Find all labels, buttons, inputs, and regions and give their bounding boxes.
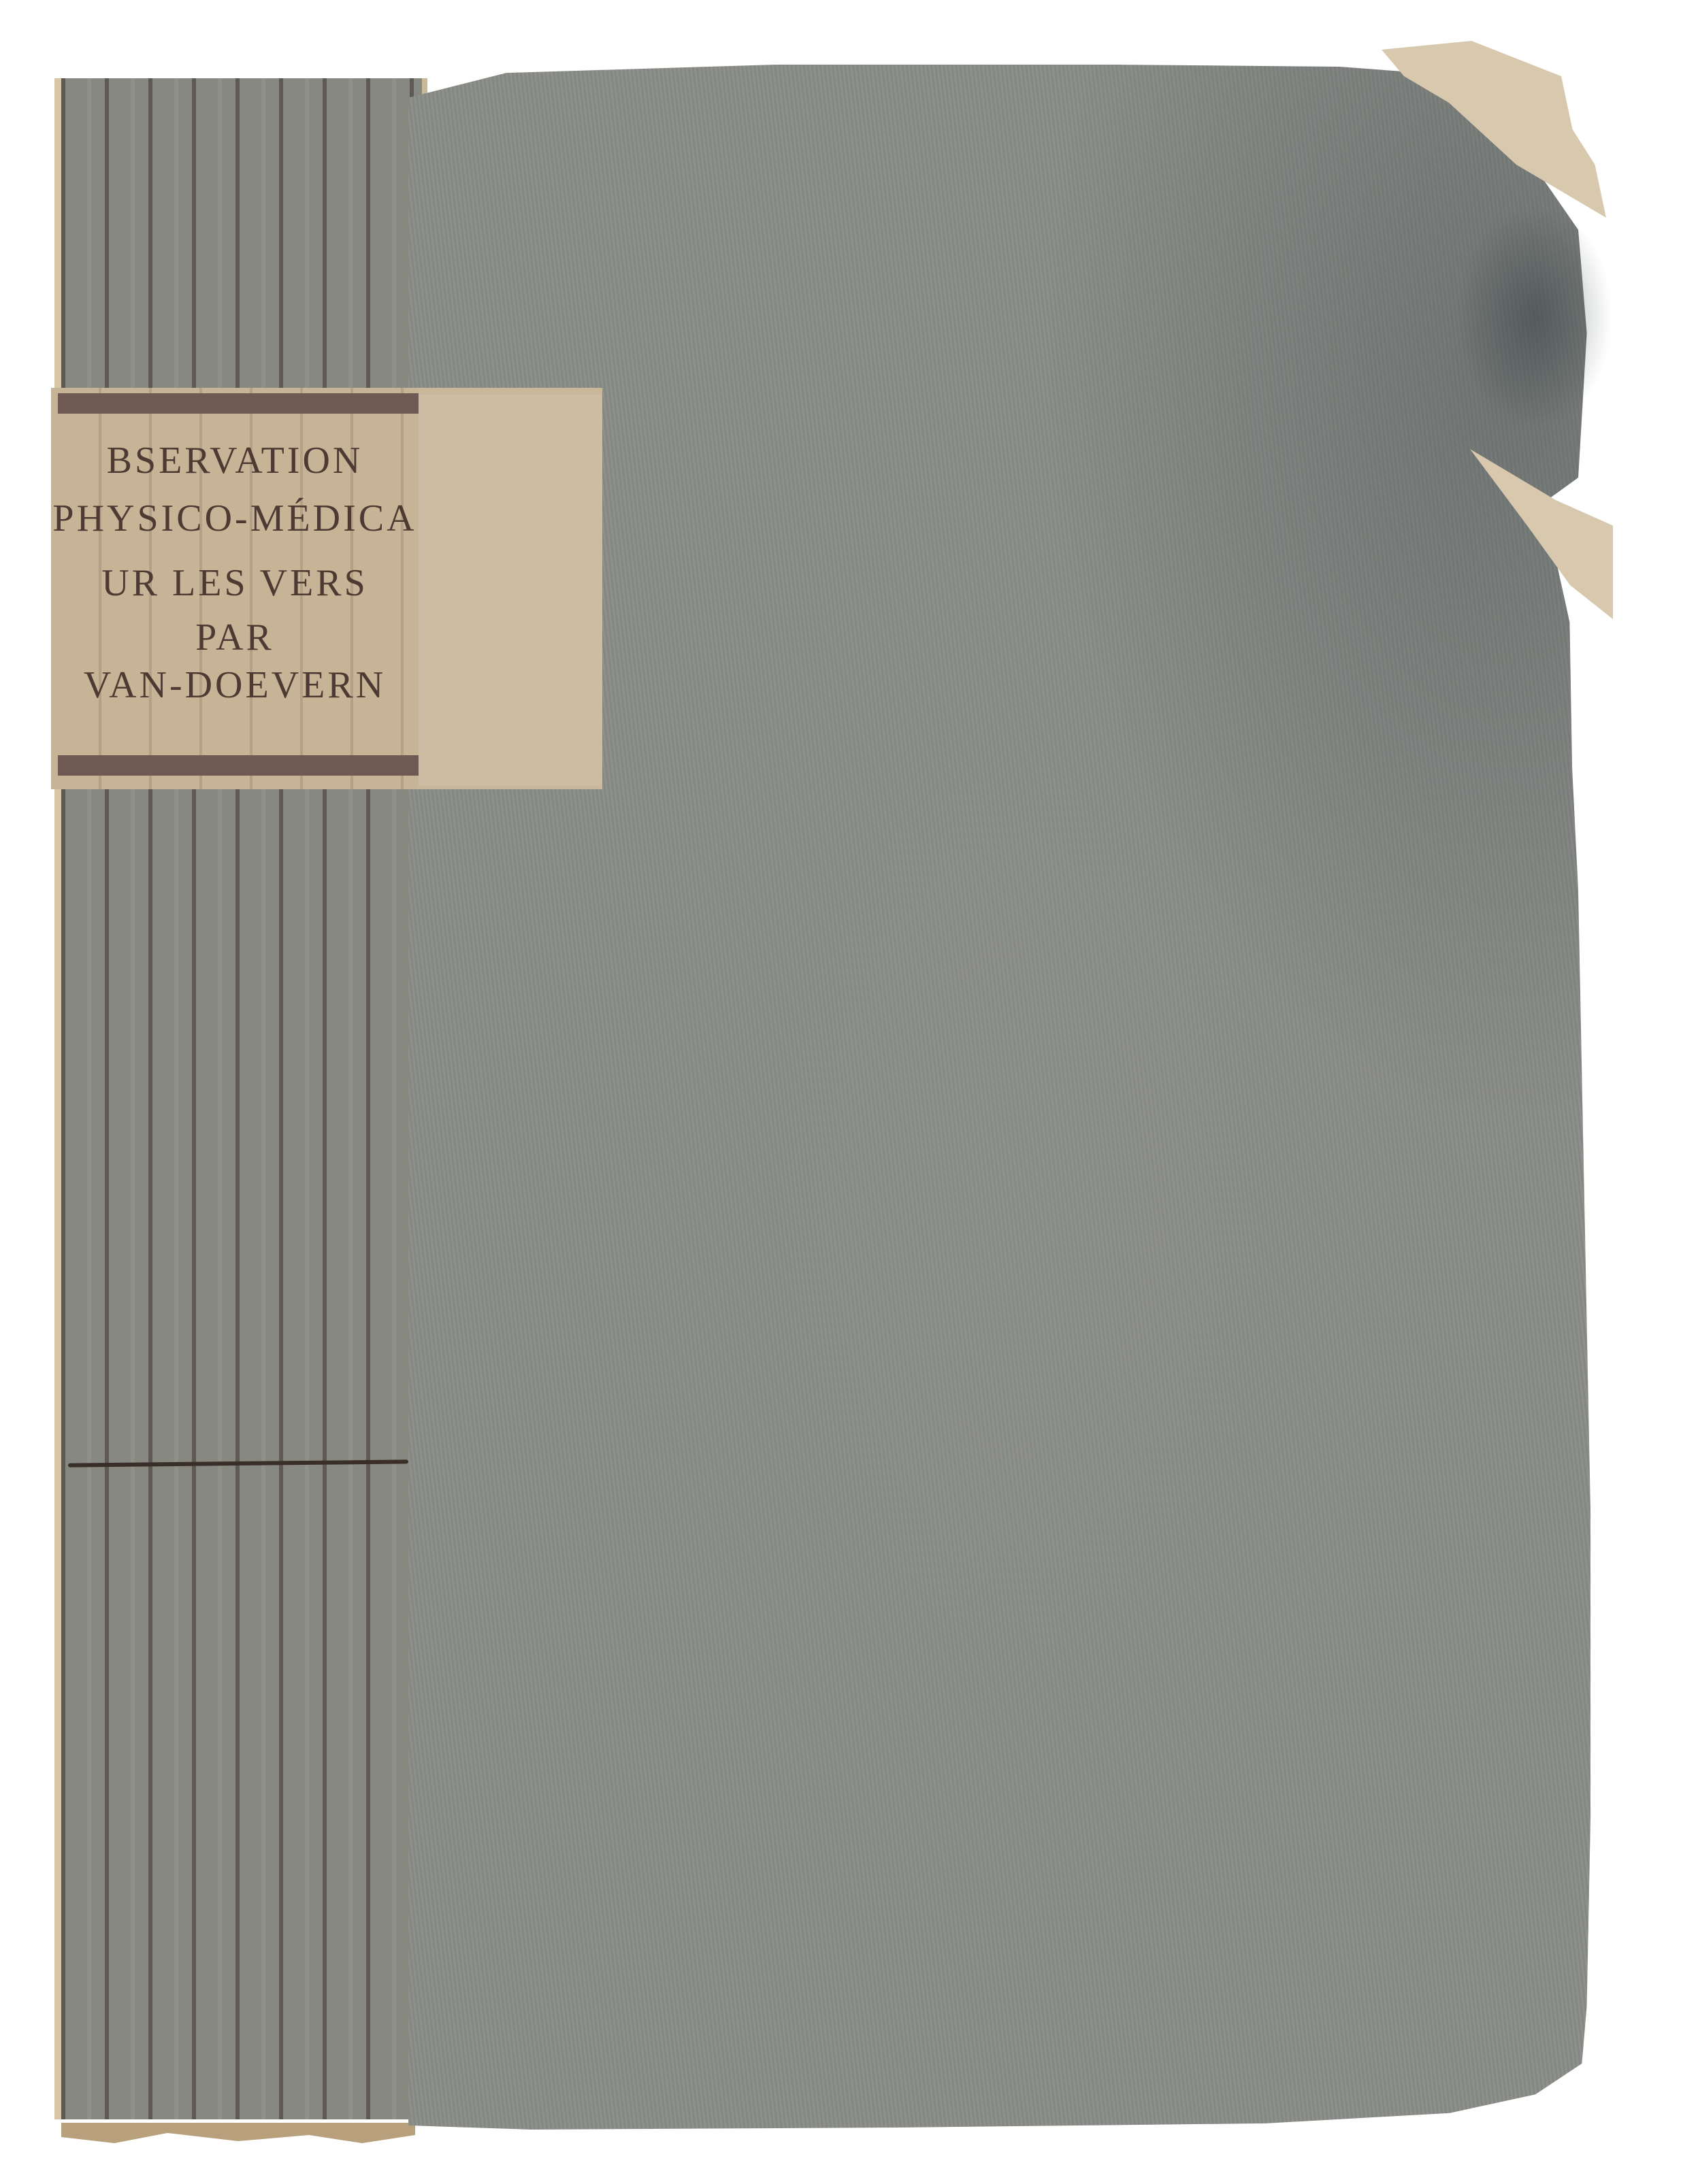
label-author: VAN-DOEVERN xyxy=(51,663,419,707)
front-cover xyxy=(408,65,1633,2130)
label-title-line-2: PHYSICO-MÉDICA xyxy=(51,497,419,540)
book-spine xyxy=(54,78,427,2119)
spine-label: BSERVATION PHYSICO-MÉDICA UR LES VERS PA… xyxy=(51,388,602,789)
label-par: PAR xyxy=(51,616,419,659)
spine-frayed-bottom xyxy=(61,2123,415,2143)
label-title-line-3: UR LES VERS xyxy=(51,561,419,605)
label-printed-area: BSERVATION PHYSICO-MÉDICA UR LES VERS PA… xyxy=(51,388,419,789)
label-plain-paper xyxy=(419,395,602,786)
label-title-line-1: BSERVATION xyxy=(51,439,419,482)
label-band-top xyxy=(58,393,419,414)
book: BSERVATION PHYSICO-MÉDICA UR LES VERS PA… xyxy=(0,0,1698,2184)
label-band-bottom xyxy=(58,755,419,776)
cover-stain xyxy=(1456,204,1613,429)
